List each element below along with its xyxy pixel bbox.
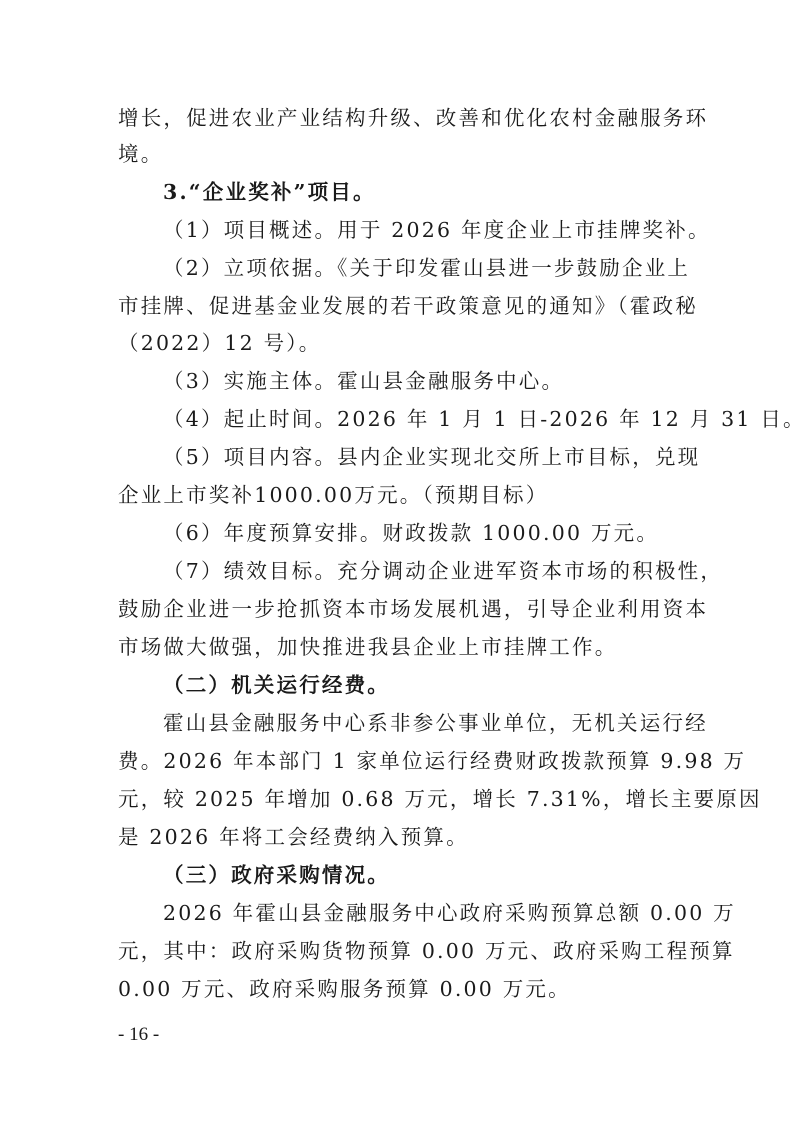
paragraph-line: （6）年度预算安排。财政拨款 1000.00 万元。	[163, 521, 678, 545]
paragraph-line: 境。	[118, 142, 678, 166]
page-number: - 16 -	[118, 1023, 159, 1047]
paragraph-line: 2026 年霍山县金融服务中心政府采购预算总额 0.00 万	[163, 901, 678, 925]
paragraph-line: 市场做大做强，加快推进我县企业上市挂牌工作。	[118, 635, 678, 659]
paragraph-line: 是 2026 年将工会经费纳入预算。	[118, 825, 678, 849]
paragraph-line: 霍山县金融服务中心系非参公事业单位，无机关运行经	[163, 711, 678, 735]
paragraph-line: （5）项目内容。县内企业实现北交所上市目标，兑现	[163, 445, 678, 469]
paragraph-line: 元，较 2025 年增加 0.68 万元，增长 7.31%，增长主要原因	[118, 787, 678, 811]
paragraph-line: （7）绩效目标。充分调动企业进军资本市场的积极性，	[163, 559, 678, 583]
paragraph-line: （4）起止时间。2026 年 1 月 1 日-2026 年 12 月 31 日。	[163, 407, 678, 431]
paragraph-line: 企业上市奖补1000.00万元。（预期目标）	[118, 483, 678, 507]
section-heading: 3.“企业奖补”项目。	[163, 180, 678, 204]
paragraph-line: 鼓励企业进一步抢抓资本市场发展机遇，引导企业利用资本	[118, 597, 678, 621]
paragraph-line: 0.00 万元、政府采购服务预算 0.00 万元。	[118, 977, 678, 1001]
paragraph-line: （2022）12 号）。	[118, 331, 678, 355]
document-page: 增长，促进农业产业结构升级、改善和优化农村金融服务环境。3.“企业奖补”项目。（…	[0, 0, 793, 1122]
paragraph-line: 市挂牌、促进基金业发展的若干政策意见的通知》（霍政秘	[118, 294, 678, 318]
paragraph-line: 元，其中：政府采购货物预算 0.00 万元、政府采购工程预算	[118, 939, 678, 963]
paragraph-line: （3）实施主体。霍山县金融服务中心。	[163, 369, 678, 393]
paragraph-line: （1）项目概述。用于 2026 年度企业上市挂牌奖补。	[163, 218, 678, 242]
section-heading: （三）政府采购情况。	[163, 863, 678, 887]
section-heading: （二）机关运行经费。	[163, 673, 678, 697]
paragraph-line: 费。2026 年本部门 1 家单位运行经费财政拨款预算 9.98 万	[118, 749, 678, 773]
paragraph-line: （2）立项依据。《关于印发霍山县进一步鼓励企业上	[163, 256, 678, 280]
paragraph-line: 增长，促进农业产业结构升级、改善和优化农村金融服务环	[118, 106, 678, 130]
